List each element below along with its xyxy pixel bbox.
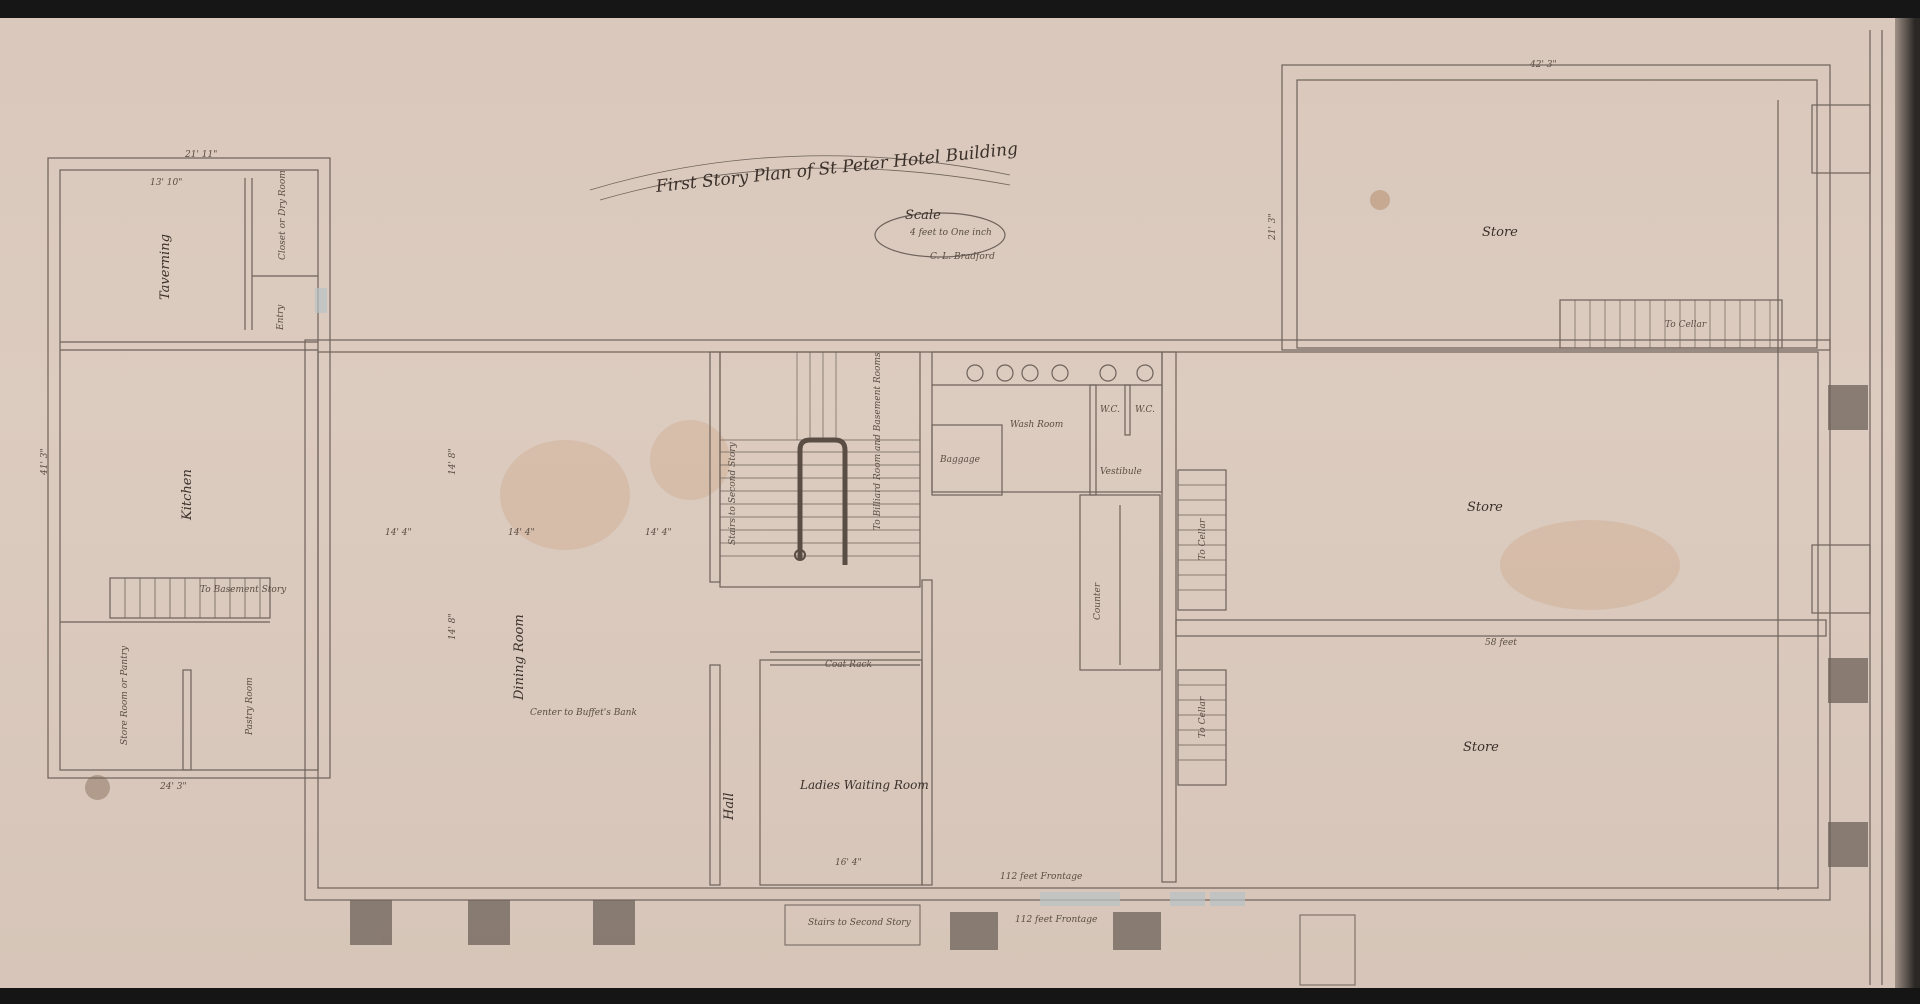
dim-dining-1: 14' 4" bbox=[385, 528, 412, 538]
label-frontage-2: 112 feet Frontage bbox=[1015, 915, 1097, 925]
label-stairs-front: Stairs to Second Story bbox=[808, 918, 911, 928]
signature: C. L. Bradford bbox=[930, 252, 995, 262]
room-store-room: Store Room or Pantry bbox=[120, 646, 130, 745]
room-baggage: Baggage bbox=[940, 455, 980, 465]
dim-tavern-inner: 13' 10" bbox=[150, 178, 182, 188]
label-stairs-second: Stairs to Second Story bbox=[728, 442, 738, 545]
room-entry: Entry bbox=[276, 305, 286, 330]
room-ladies-waiting: Ladies Waiting Room bbox=[800, 778, 929, 792]
room-store-bottom: Store bbox=[1463, 740, 1499, 755]
dim-dining-2: 14' 4" bbox=[508, 528, 535, 538]
label-frontage-1: 112 feet Frontage bbox=[1000, 872, 1082, 882]
dim-bottom-left: 24' 3" bbox=[160, 782, 187, 792]
scale-heading: Scale bbox=[905, 208, 941, 223]
label-coat-rack: Coat Rack bbox=[825, 660, 872, 670]
dim-store-side: 21' 3" bbox=[1268, 213, 1278, 240]
dim-left-height: 41' 3" bbox=[40, 448, 50, 475]
room-wash: Wash Room bbox=[1010, 420, 1063, 430]
room-dining: Dining Room bbox=[512, 614, 527, 700]
room-hall: Hall bbox=[722, 793, 737, 820]
room-kitchen: Kitchen bbox=[180, 469, 195, 520]
room-vestibule: Vestibule bbox=[1100, 467, 1142, 477]
dim-dining-v1: 14' 8" bbox=[448, 448, 458, 475]
label-counter: Counter bbox=[1093, 583, 1103, 620]
room-store-top: Store bbox=[1482, 225, 1518, 240]
dining-note: Center to Buffet's Bank bbox=[530, 708, 637, 718]
label-cellar-top: To Cellar bbox=[1665, 320, 1706, 330]
label-basement-stairs: To Basement Story bbox=[200, 585, 286, 595]
label-cellar-1: To Cellar bbox=[1198, 519, 1208, 560]
dim-ladies-width: 16' 4" bbox=[835, 858, 862, 868]
dim-dining-3: 14' 4" bbox=[645, 528, 672, 538]
label-stairs-billiard: To Billiard Room and Basement Rooms bbox=[873, 352, 883, 530]
room-closet: Closet or Dry Room bbox=[278, 170, 288, 260]
dim-dining-v2: 14' 8" bbox=[448, 613, 458, 640]
dim-top-right: 42' 3" bbox=[1530, 60, 1557, 70]
room-wc1: W.C. bbox=[1100, 405, 1120, 415]
room-tavern: Taverning bbox=[158, 234, 173, 300]
room-store-mid: Store bbox=[1467, 500, 1503, 515]
dim-mid-width: 58 feet bbox=[1485, 638, 1517, 648]
room-pastry: Pastry Room bbox=[245, 677, 255, 735]
dim-tavern-top: 21' 11" bbox=[185, 150, 217, 160]
scale-value: 4 feet to One inch bbox=[910, 228, 992, 238]
room-wc2: W.C. bbox=[1135, 405, 1155, 415]
label-cellar-2: To Cellar bbox=[1198, 697, 1208, 738]
